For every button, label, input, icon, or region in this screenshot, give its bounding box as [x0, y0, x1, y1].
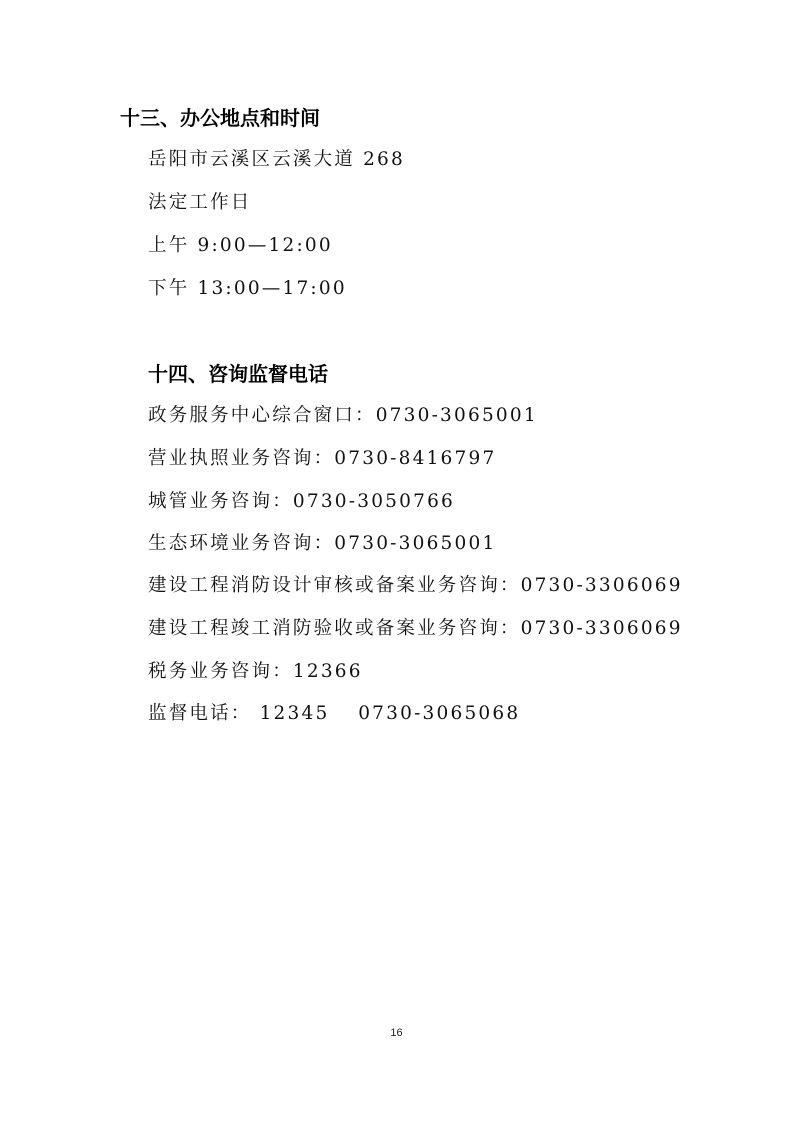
page-number: 16 — [0, 1027, 793, 1039]
contact-line: 生态环境业务咨询：0730-3065001 — [148, 532, 496, 556]
contact-line: 建设工程竣工消防验收或备案业务咨询：0730-3306069 — [148, 617, 683, 641]
office-hours-afternoon: 下午 13:00—17:00 — [148, 277, 347, 301]
contact-line: 营业执照业务咨询：0730-8416797 — [148, 447, 496, 471]
contact-line: 税务业务咨询：12366 — [148, 660, 363, 684]
contact-line: 建设工程消防设计审核或备案业务咨询：0730-3306069 — [148, 574, 683, 598]
supervision-phone: 监督电话： 12345 0730-3065068 — [148, 702, 520, 726]
document-page: 十三、办公地点和时间 岳阳市云溪区云溪大道 268 法定工作日 上午 9:00—… — [0, 0, 793, 1122]
contact-line: 政务服务中心综合窗口：0730-3065001 — [148, 404, 538, 428]
section-14-heading: 十四、咨询监督电话 — [148, 362, 328, 386]
office-days: 法定工作日 — [148, 191, 252, 215]
contact-line: 城管业务咨询：0730-3050766 — [148, 490, 455, 514]
office-hours-morning: 上午 9:00—12:00 — [148, 234, 333, 258]
section-13-heading: 十三、办公地点和时间 — [120, 106, 320, 130]
office-address: 岳阳市云溪区云溪大道 268 — [148, 148, 405, 172]
